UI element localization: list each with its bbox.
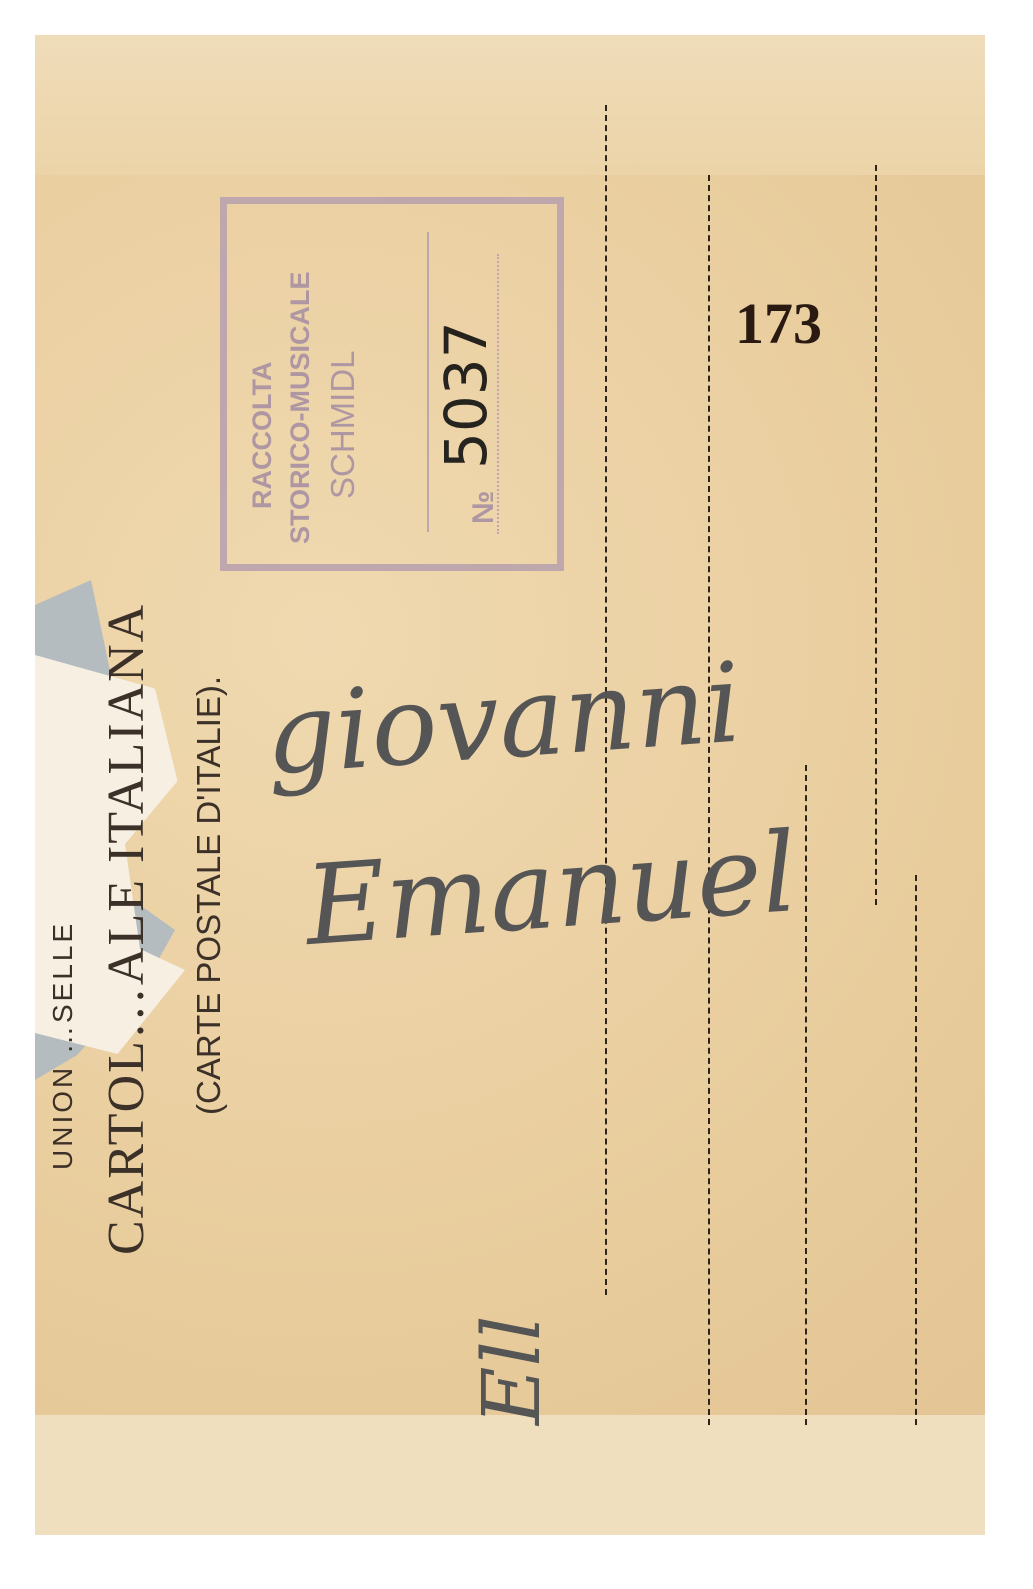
address-line-2 [708, 175, 710, 1425]
catalog-number: 173 [735, 290, 822, 357]
address-line-3 [875, 165, 877, 905]
top-paper-strip [35, 35, 985, 175]
header-line-3: (CARTE POSTALE D'ITALIE). [190, 676, 228, 1115]
stamp-line-2: STORICO-MUSICALE [285, 271, 316, 544]
bottom-paper-strip [35, 1415, 985, 1535]
handwritten-initials: Ell [465, 1315, 558, 1425]
header-line-1: UNION …SELLE [47, 921, 79, 1170]
stamp-line-1: RACCOLTA [247, 362, 278, 509]
stamp-number-prefix: № [467, 491, 501, 524]
stamp-rule [427, 232, 429, 532]
header-line-2: CARTOL…ALE ITALIANA [97, 603, 156, 1255]
address-line-4 [805, 765, 807, 1425]
stamp-number: 5037 [432, 321, 500, 469]
address-line-5 [915, 875, 917, 1425]
collection-stamp: RACCOLTA STORICO-MUSICALE SCHMIDL № 5037 [220, 197, 564, 571]
handwritten-last-name: Emanuel [301, 808, 801, 970]
stamp-line-3: SCHMIDL [324, 350, 362, 499]
handwritten-first-name: giovanni [261, 639, 745, 800]
postcard: UNION …SELLE CARTOL…ALE ITALIANA (CARTE … [35, 35, 985, 1535]
